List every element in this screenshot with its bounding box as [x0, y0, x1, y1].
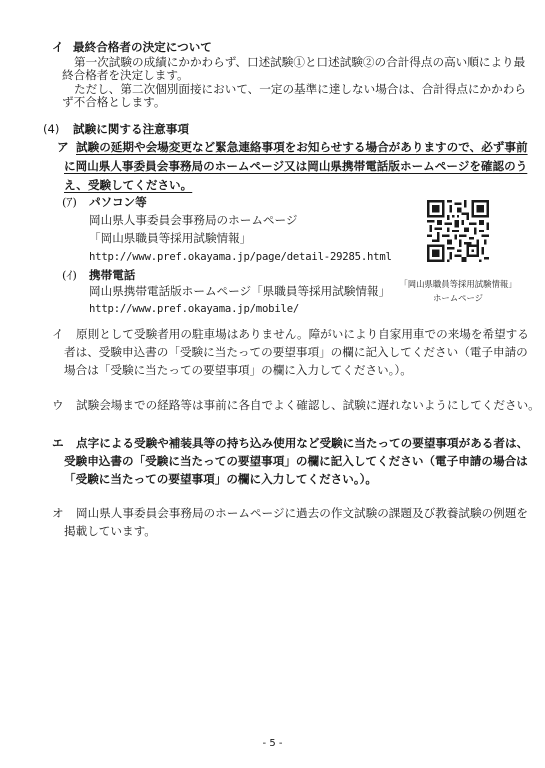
item-i-marker: イ [52, 327, 64, 341]
sub-mobile-text: 岡山県携帯電話版ホームページ「県職員等採用試験情報」 [89, 284, 390, 298]
sub-mobile-marker: (ｲ) [62, 268, 77, 282]
section-i-text: 第一次試験の成績にかかわらず、口述試験①と口述試験②の合計得点の高い順により最 [74, 55, 525, 69]
section-i-text: ず不合格とします。 [62, 95, 165, 109]
sub-pc-marker: (ｱ) [62, 195, 77, 209]
item-e-text: 「受験に当たっての要望事項」の欄に入力してください。）。 [64, 472, 377, 486]
qr-code-icon[interactable] [425, 200, 491, 262]
item-o-text: 岡山県人事委員会事務局のホームページに過去の作文試験の課題及び教養試験の例題を [76, 506, 528, 520]
sub-mobile-url-link[interactable]: http://www.pref.okayama.jp/mobile/ [89, 302, 299, 316]
item-a-text: に岡山県人事委員会事務局のホームページ又は岡山県携帯電話版ホームページを確認のう [64, 159, 527, 173]
item-o-marker: オ [52, 506, 64, 520]
section-i-heading: 最終合格者の決定について [73, 40, 212, 54]
section-i-marker: イ [52, 40, 64, 54]
qr-caption: ホームページ [395, 293, 521, 304]
section-4-marker: (4) [43, 122, 59, 136]
item-a-text: 試験の延期や会場変更など緊急連絡事項をお知らせする場合がありますので、必ず事前 [76, 140, 528, 154]
item-u-marker: ウ [52, 398, 64, 412]
item-a-marker: ア [57, 140, 69, 154]
item-i-text: 場合は「受験に当たっての要望事項」の欄に入力してください。）。 [64, 363, 412, 377]
sub-pc-heading: パソコン等 [89, 195, 147, 209]
item-e-text: 点字による受験や補装具等の持ち込み使用など受験に当たっての要望事項がある者は、 [76, 436, 528, 450]
page-number: - 5 - [0, 738, 545, 749]
item-a-text: え、受験してください。 [64, 178, 192, 192]
item-e-text: 受験申込書の「受験に当たっての要望事項」の欄に記入してください（電子申請の場合は [64, 454, 528, 468]
sub-mobile-heading: 携帯電話 [89, 268, 135, 282]
section-i-text: 終合格者を決定します。 [62, 68, 189, 82]
item-i-text: 原則として受験者用の駐車場はありません。障がいにより自家用車での来場を希望する [76, 327, 529, 341]
sub-pc-url-link[interactable]: http://www.pref.okayama.jp/page/detail-2… [89, 250, 392, 264]
sub-pc-text: 「岡山県職員等採用試験情報」 [89, 231, 251, 245]
item-i-text: 者は、受験申込書の「受験に当たっての要望事項」の欄に記入してください（電子申請の [64, 345, 528, 359]
item-u-text: 試験会場までの経路等は事前に各自でよく確認し、試験に遅れないようにしてください。 [76, 398, 540, 412]
qr-caption: 「岡山県職員等採用試験情報」 [395, 279, 521, 290]
section-4-heading: 試験に関する注意事項 [73, 122, 189, 136]
section-i-text: ただし、第二次個別面接において、一定の基準に達しない場合は、合計得点にかかわら [74, 82, 526, 96]
item-e-marker: エ [52, 436, 64, 450]
sub-pc-text: 岡山県人事委員会事務局のホームページ [89, 213, 297, 227]
item-o-text: 掲載しています。 [64, 524, 156, 538]
